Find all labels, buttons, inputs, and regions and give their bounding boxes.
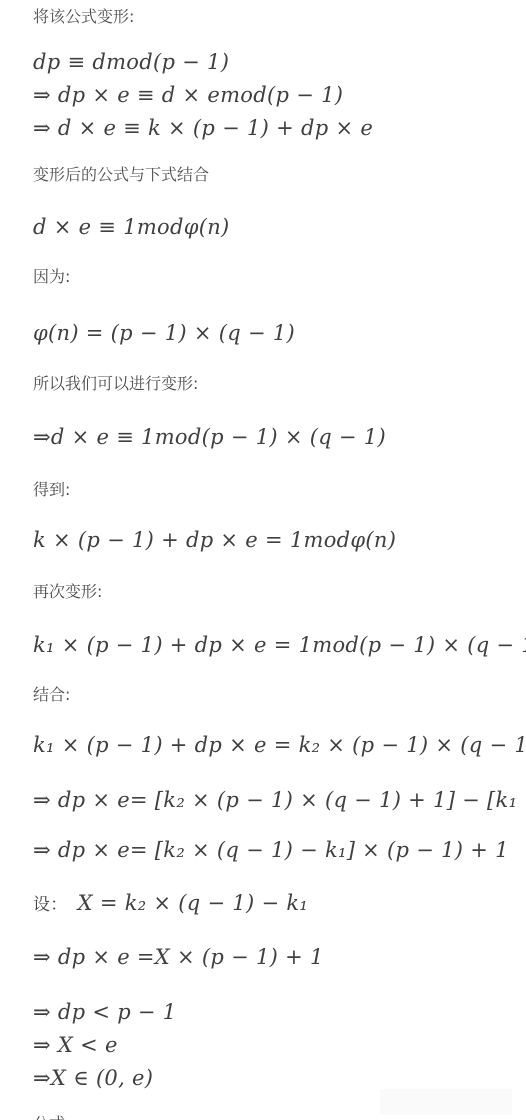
- let-label: 设：: [33, 895, 68, 915]
- formula-let-x: 设：X = k₂ × (q − 1) − k₁: [33, 887, 526, 922]
- formula-dp-less-than: ⇒ dp < p − 1: [33, 996, 526, 1029]
- formula-x-less-than-e: ⇒ X < e: [33, 1029, 526, 1062]
- heading-so-we-can-transform: 所以我们可以进行变形:: [33, 371, 526, 397]
- article-body: 将该公式变形: dp ≡ dmod(p − 1) ⇒ dp × e ≡ d × …: [0, 0, 526, 1120]
- formula-dpe-equals-x: ⇒ dp × e =X × (p − 1) + 1: [33, 941, 526, 974]
- formula-dpe-simplified: ⇒ dp × e= [k₂ × (q − 1) − k₁] × (p − 1) …: [33, 834, 526, 867]
- heading-combine: 结合:: [33, 682, 526, 708]
- formula-x-definition: X = k₂ × (q − 1) − k₁: [78, 891, 309, 915]
- faint-overlay-box: [380, 1089, 512, 1115]
- heading-because: 因为:: [33, 264, 526, 290]
- heading-obtain: 得到:: [33, 477, 526, 503]
- heading-combine-with-below: 变形后的公式与下式结合: [33, 162, 526, 188]
- formula-de-mod-pq: ⇒d × e ≡ 1mod(p − 1) × (q − 1): [33, 421, 526, 454]
- heading-transform-formula: 将该公式变形:: [33, 4, 526, 30]
- formula-dp-times-e: ⇒ dp × e ≡ d × emod(p − 1): [33, 79, 526, 112]
- formula-de-mod-phi: d × e ≡ 1modφ(n): [33, 211, 526, 244]
- formula-phi-n: φ(n) = (p − 1) × (q − 1): [33, 317, 526, 350]
- formula-k1-p1-mod: k₁ × (p − 1) + dp × e = 1mod(p − 1) × (q…: [33, 629, 526, 662]
- heading-transform-again: 再次变形:: [33, 579, 526, 605]
- formula-k1-equals-k2: k₁ × (p − 1) + dp × e = k₂ × (p − 1) × (…: [33, 729, 526, 762]
- formula-d-times-e-k: ⇒ d × e ≡ k × (p − 1) + dp × e: [33, 112, 526, 145]
- formula-dpe-expanded: ⇒ dp × e= [k₂ × (p − 1) × (q − 1) + 1] −…: [33, 784, 526, 817]
- formula-dp-definition: dp ≡ dmod(p − 1): [33, 46, 526, 79]
- formula-k-p1-dpe: k × (p − 1) + dp × e = 1modφ(n): [33, 524, 526, 557]
